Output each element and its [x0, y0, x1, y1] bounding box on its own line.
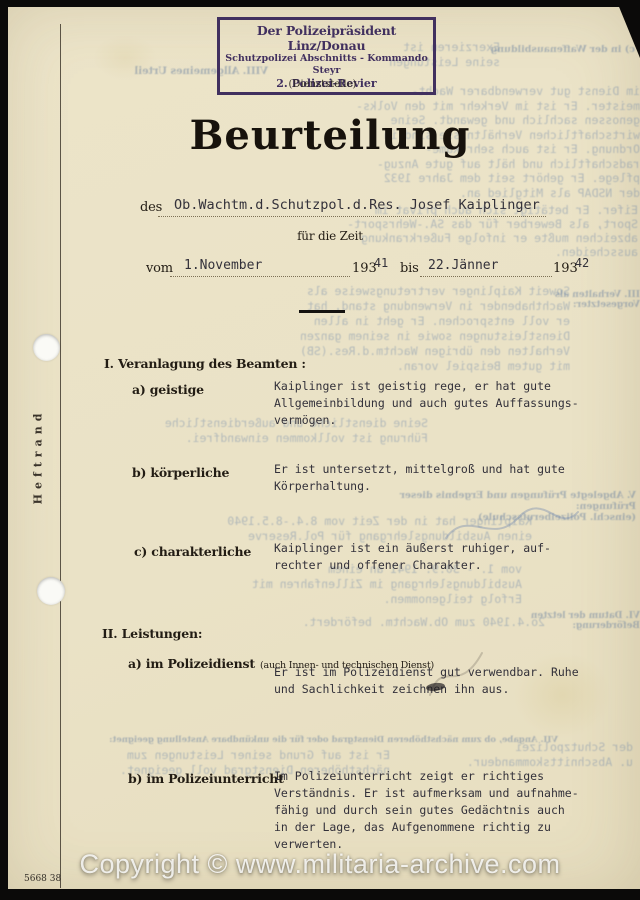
from-year-typed: 41 [374, 256, 388, 270]
scan-edge-bottom [0, 889, 640, 900]
bleedthrough-waffen-label: c) in der Waffenausbildung [450, 44, 635, 55]
item-koerperliche-label: b) körperliche [132, 465, 229, 480]
name-underline [158, 216, 546, 217]
item-charakterliche-text: Kaiplinger ist ein äußerst ruhiger, auf-… [274, 540, 584, 574]
vom-label: vom [146, 261, 173, 276]
paper-stain [80, 25, 170, 90]
scan-corner-wedge [614, 6, 640, 58]
from-date-underline [170, 276, 350, 277]
bleedthrough-eignung-label: VII. Angabe, ob zum nächsthöheren Dienst… [88, 735, 558, 745]
document-title: Beurteilung [150, 112, 510, 159]
scan-edge-left [0, 0, 8, 900]
item-polizeidienst-text: Er ist im Polizeidienst gut verwendbar. … [274, 664, 584, 698]
bleedthrough-unterschrift: der Schutzpolizei u. Abschnittskommandeu… [388, 740, 633, 769]
margin-rule [60, 24, 61, 888]
to-year: 19342 [553, 261, 589, 276]
bleedthrough-befoerderung-label: VI. Datum der letzten Beförderung: [478, 611, 640, 631]
item-polizeiunterricht-label: b) im Polizeiunterricht [128, 771, 284, 786]
stamp-authority: Der Polizeipräsident Linz/Donau [224, 23, 429, 53]
bis-label: bis [400, 261, 419, 276]
item-koerperliche-text: Er ist untersetzt, mittelgroß und hat gu… [274, 461, 584, 495]
section-2-heading: II. Leistungen: [102, 626, 202, 641]
item-polizeiunterricht-text: Im Polizeiunterricht zeigt er richtiges … [274, 768, 584, 853]
item-charakterliche-label: c) charakterliche [134, 544, 251, 559]
officer-name: Ob.Wachtm.d.Schutzpol.d.Res. Josef Kaipl… [174, 197, 540, 213]
watermark: Copyright © www.militaria-archive.com [0, 849, 640, 880]
from-year: 19341 [352, 261, 388, 276]
to-year-typed: 42 [575, 256, 589, 270]
from-date: 1.November [184, 258, 262, 273]
bleedthrough-wachthabender: Soweit Kaiplinger vertretungsweise als W… [270, 284, 570, 374]
bleedthrough-vorgesetzter-label: III. Verhalten als Vorgesetzter: [518, 290, 640, 310]
punch-hole-top [33, 334, 60, 361]
scan-edge-top [0, 0, 640, 7]
stamp-unit: Schutzpolizei Abschnitts - Kommando Stey… [224, 53, 429, 77]
punch-hole-bottom [37, 577, 65, 605]
to-date-underline [420, 276, 552, 277]
scanned-document: Exerzieren ist seine Leistungen VIII. Al… [0, 0, 640, 900]
section-1-heading: I. Veranlagung des Beamten : [104, 356, 306, 371]
item-polizeidienst-label-main: a) im Polizeidienst [128, 656, 255, 671]
item-geistige-label: a) geistige [132, 382, 204, 397]
separator-dash [299, 310, 345, 313]
to-date: 22.Jänner [428, 258, 498, 273]
item-geistige-text: Kaiplinger ist geistig rege, er hat gute… [274, 378, 584, 429]
heftrand-label: Heftrand [32, 397, 45, 517]
bleedthrough-befoerderung: 2o.4.1940 zum Ob.Wachtm. befördert. [300, 615, 545, 629]
stamp-caption: (Dienststelle) [217, 79, 428, 90]
des-label: des [140, 200, 162, 215]
period-label: für die Zeit [250, 229, 410, 243]
